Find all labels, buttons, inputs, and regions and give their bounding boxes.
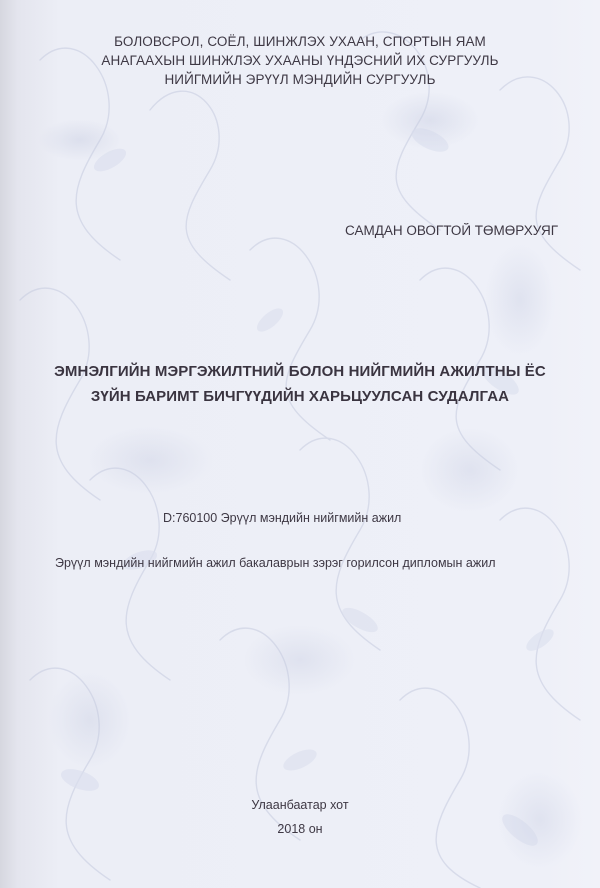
degree-statement: Эрүүл мэндийн нийгмийн ажил бакалаврын з… [55,556,496,570]
ministry-name: БОЛОВСРОЛ, СОЁЛ, ШИНЖЛЭХ УХААН, СПОРТЫН … [0,32,600,51]
author-name: САМДАН ОВОГТОЙ ТӨМӨРХУЯГ [345,223,558,238]
title-page: БОЛОВСРОЛ, СОЁЛ, ШИНЖЛЭХ УХААН, СПОРТЫН … [0,0,600,888]
university-name: АНАГААХЫН ШИНЖЛЭХ УХААНЫ ҮНДЭСНИЙ ИХ СУР… [0,51,600,70]
school-name: НИЙГМИЙН ЭРҮҮЛ МЭНДИЙН СУРГУУЛЬ [0,70,600,89]
year: 2018 он [0,817,600,841]
institution-header: БОЛОВСРОЛ, СОЁЛ, ШИНЖЛЭХ УХААН, СПОРТЫН … [0,32,600,89]
thesis-title-line-2: ЗҮЙН БАРИМТ БИЧГҮҮДИЙН ХАРЬЦУУЛСАН СУДАЛ… [0,384,600,409]
city: Улаанбаатар хот [0,793,600,817]
thesis-title-line-1: ЭМНЭЛГИЙН МЭРГЭЖИЛТНИЙ БОЛОН НИЙГМИЙН АЖ… [0,359,600,384]
floral-paper-texture [0,0,600,888]
program-code: D:760100 Эрүүл мэндийн нийгмийн ажил [163,511,401,525]
place-and-date: Улаанбаатар хот 2018 он [0,793,600,841]
thesis-title: ЭМНЭЛГИЙН МЭРГЭЖИЛТНИЙ БОЛОН НИЙГМИЙН АЖ… [0,359,600,409]
